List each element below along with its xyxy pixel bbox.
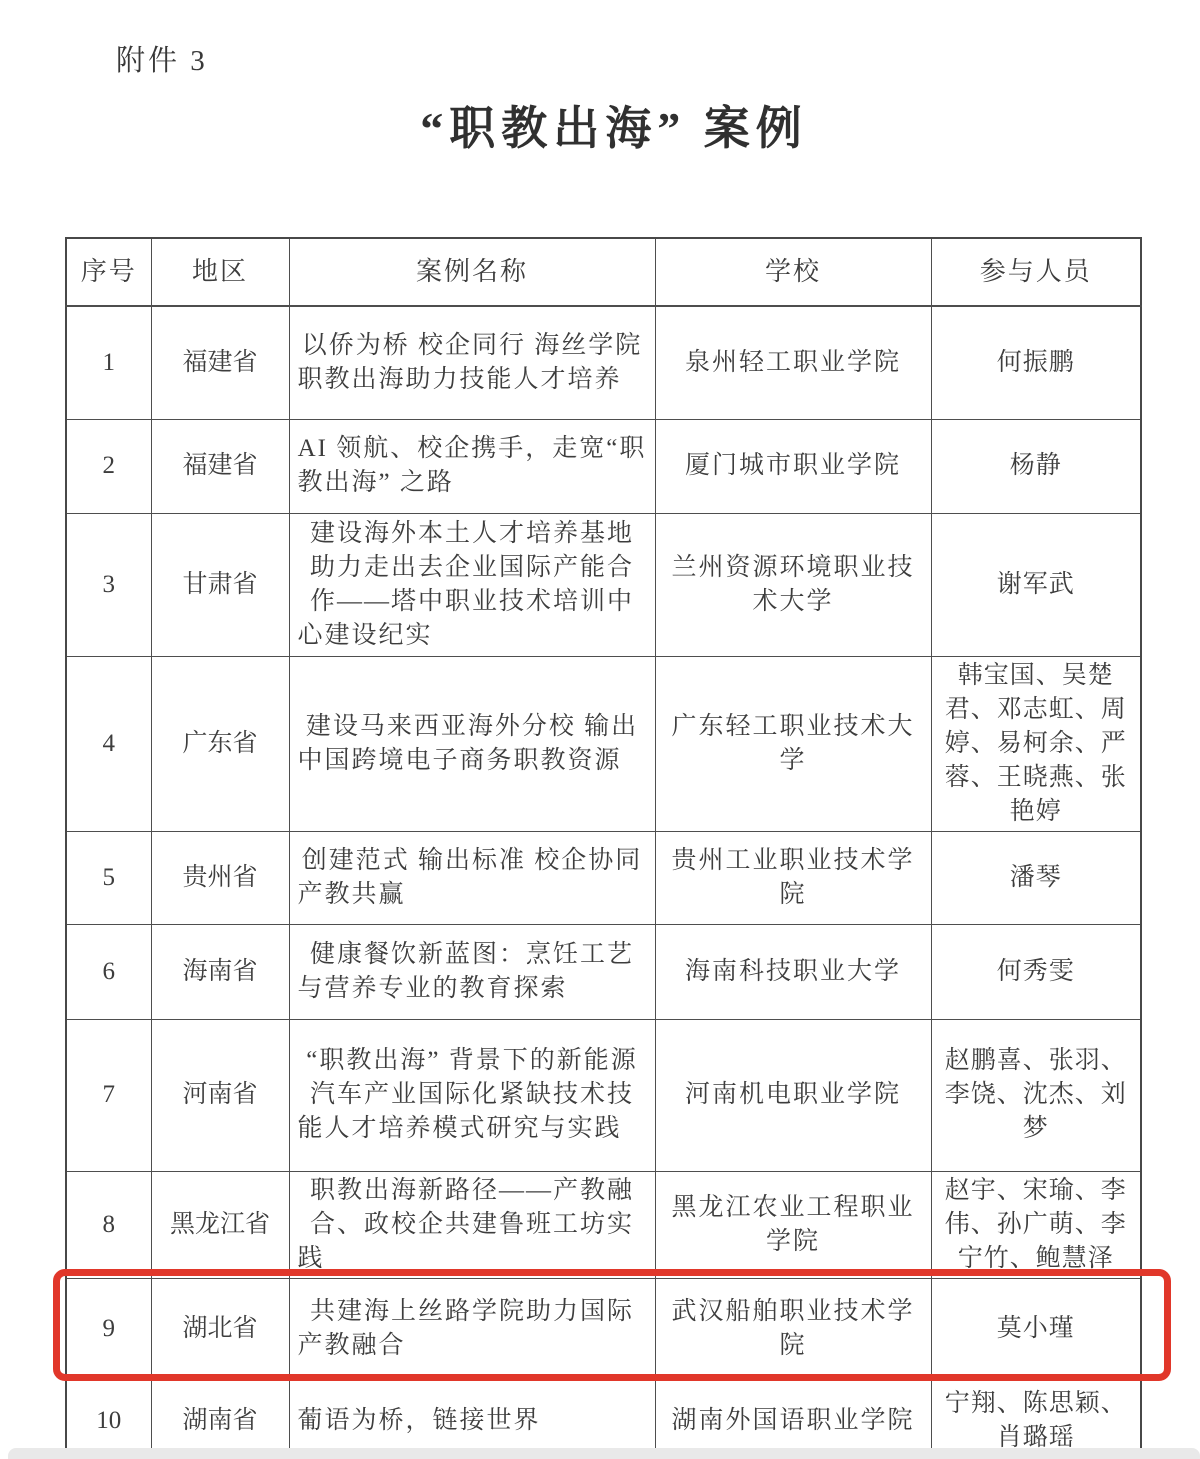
column-header-participants: 参与人员 (931, 238, 1141, 306)
cell-school: 贵州工业职业技术学院 (655, 831, 931, 924)
cell-no: 5 (66, 831, 151, 924)
table-row: 8 黑龙江省 职教出海新路径——产教融合、政校企共建鲁班工坊实践 黑龙江农业工程… (66, 1171, 1141, 1278)
cell-no: 9 (66, 1278, 151, 1380)
document-page: 附件 3 “职教出海” 案例 序号 地区 案例名称 学校 参与人员 1 福建省 … (0, 0, 1200, 1459)
cell-case-name: 建设海外本土人才培养基地 助力走出去企业国际产能合作——塔中职业技术培训中心建设… (289, 513, 655, 656)
cell-no: 4 (66, 656, 151, 831)
cell-participants: 何秀雯 (931, 924, 1141, 1019)
cell-school: 厦门城市职业学院 (655, 419, 931, 513)
cell-case-name: 共建海上丝路学院助力国际产教融合 (289, 1278, 655, 1380)
cell-case-name: 建设马来西亚海外分校 输出中国跨境电子商务职教资源 (289, 656, 655, 831)
cell-no: 8 (66, 1171, 151, 1278)
cell-participants: 何振鹏 (931, 306, 1141, 419)
table-row: 5 贵州省 创建范式 输出标准 校企协同 产教共赢 贵州工业职业技术学院 潘琴 (66, 831, 1141, 924)
cell-region: 甘肃省 (151, 513, 289, 656)
table-row-highlighted: 9 湖北省 共建海上丝路学院助力国际产教融合 武汉船舶职业技术学院 莫小瑾 (66, 1278, 1141, 1380)
cell-region: 贵州省 (151, 831, 289, 924)
cell-participants: 杨静 (931, 419, 1141, 513)
cell-region: 黑龙江省 (151, 1171, 289, 1278)
cell-case-name: “职教出海” 背景下的新能源汽车产业国际化紧缺技术技能人才培养模式研究与实践 (289, 1019, 655, 1171)
column-header-region: 地区 (151, 238, 289, 306)
cell-region: 福建省 (151, 419, 289, 513)
cell-region: 福建省 (151, 306, 289, 419)
cell-region: 广东省 (151, 656, 289, 831)
page-title: “职教出海” 案例 (14, 92, 1200, 158)
cell-no: 6 (66, 924, 151, 1019)
table-row: 7 河南省 “职教出海” 背景下的新能源汽车产业国际化紧缺技术技能人才培养模式研… (66, 1019, 1141, 1171)
cell-school: 广东轻工职业技术大学 (655, 656, 931, 831)
column-header-no: 序号 (66, 238, 151, 306)
cell-region: 海南省 (151, 924, 289, 1019)
cell-no: 7 (66, 1019, 151, 1171)
cell-case-name: AI 领航、校企携手，走宽“职教出海” 之路 (289, 419, 655, 513)
cell-school: 泉州轻工职业学院 (655, 306, 931, 419)
cell-school: 黑龙江农业工程职业学院 (655, 1171, 931, 1278)
table-row: 6 海南省 健康餐饮新蓝图：烹饪工艺与营养专业的教育探索 海南科技职业大学 何秀… (66, 924, 1141, 1019)
cell-school: 武汉船舶职业技术学院 (655, 1278, 931, 1380)
cell-participants: 莫小瑾 (931, 1278, 1141, 1380)
bottom-edge-strip (8, 1448, 1200, 1459)
cell-no: 3 (66, 513, 151, 656)
cell-participants: 赵宇、宋瑜、李伟、孙广萌、李宁竹、鲍慧泽 (931, 1171, 1141, 1278)
cell-school: 兰州资源环境职业技术大学 (655, 513, 931, 656)
column-header-case-name: 案例名称 (289, 238, 655, 306)
cell-participants: 赵鹏喜、张羽、李饶、沈杰、刘梦 (931, 1019, 1141, 1171)
cell-case-name: 创建范式 输出标准 校企协同 产教共赢 (289, 831, 655, 924)
cases-table: 序号 地区 案例名称 学校 参与人员 1 福建省 以侨为桥 校企同行 海丝学院职… (65, 237, 1142, 1459)
cell-participants: 谢军武 (931, 513, 1141, 656)
table-row: 1 福建省 以侨为桥 校企同行 海丝学院职教出海助力技能人才培养 泉州轻工职业学… (66, 306, 1141, 419)
cell-participants: 潘琴 (931, 831, 1141, 924)
cell-case-name: 健康餐饮新蓝图：烹饪工艺与营养专业的教育探索 (289, 924, 655, 1019)
table-row: 3 甘肃省 建设海外本土人才培养基地 助力走出去企业国际产能合作——塔中职业技术… (66, 513, 1141, 656)
table-row: 4 广东省 建设马来西亚海外分校 输出中国跨境电子商务职教资源 广东轻工职业技术… (66, 656, 1141, 831)
cell-school: 海南科技职业大学 (655, 924, 931, 1019)
column-header-school: 学校 (655, 238, 931, 306)
cell-no: 2 (66, 419, 151, 513)
cell-school: 河南机电职业学院 (655, 1019, 931, 1171)
cell-case-name: 以侨为桥 校企同行 海丝学院职教出海助力技能人才培养 (289, 306, 655, 419)
attachment-label: 附件 3 (116, 38, 208, 79)
table-header: 序号 地区 案例名称 学校 参与人员 (66, 238, 1141, 306)
cell-participants: 韩宝国、吴楚君、邓志虹、周婷、易柯余、严蓉、王晓燕、张艳婷 (931, 656, 1141, 831)
cell-case-name: 职教出海新路径——产教融合、政校企共建鲁班工坊实践 (289, 1171, 655, 1278)
cell-region: 河南省 (151, 1019, 289, 1171)
table-row: 2 福建省 AI 领航、校企携手，走宽“职教出海” 之路 厦门城市职业学院 杨静 (66, 419, 1141, 513)
cell-region: 湖北省 (151, 1278, 289, 1380)
cell-no: 1 (66, 306, 151, 419)
